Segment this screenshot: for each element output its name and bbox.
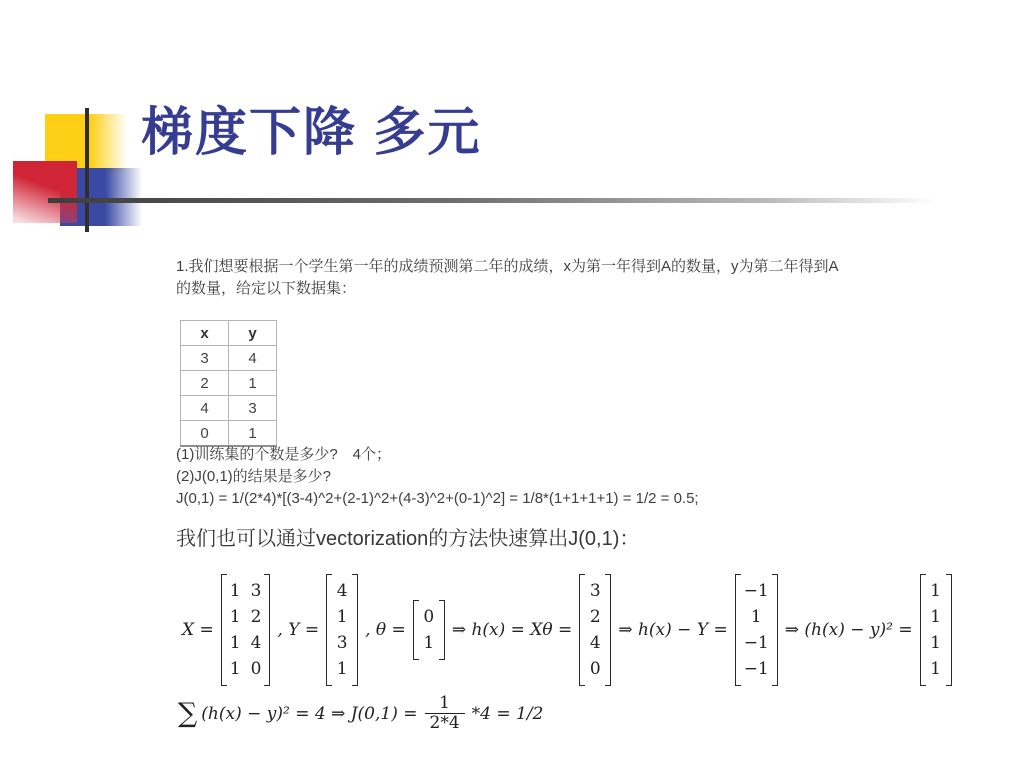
vector-cell: −1 xyxy=(744,630,769,656)
table-row: 2 1 xyxy=(181,371,277,396)
slide-title: 梯度下降 多元 xyxy=(141,90,481,165)
cell-y: 3 xyxy=(229,396,277,421)
label-hx-minus-Y-equals: ⇒ h(x) − Y = xyxy=(616,620,729,640)
matrix-cell: 4 xyxy=(251,630,262,656)
table-row: 4 3 xyxy=(181,396,277,421)
matrix-X: 13 12 14 10 xyxy=(221,574,271,686)
label-theta-equals: , θ = xyxy=(363,620,408,640)
matrix-cell: 3 xyxy=(251,578,262,604)
vector-cell: 1 xyxy=(744,604,769,630)
vector-cell: 1 xyxy=(929,578,943,604)
question-1: (1)训练集的个数是多少? 4个； xyxy=(176,444,876,466)
matrix-cell: 1 xyxy=(230,630,241,656)
matrix-equation-row: X = 13 12 14 10 , Y = 4 1 3 1 , θ = 0 1 … xyxy=(180,572,952,688)
fraction-numerator: 1 xyxy=(439,694,450,713)
corner-red-square xyxy=(13,161,77,223)
table-header-row: x y xyxy=(181,321,277,346)
title-divider-rule xyxy=(48,198,965,203)
cell-x: 4 xyxy=(181,396,229,421)
vector-cell: 3 xyxy=(588,578,602,604)
vector-cell: 0 xyxy=(588,656,602,682)
vector-cell: 1 xyxy=(335,656,349,682)
vector-cell: 1 xyxy=(929,630,943,656)
fraction-denominator: 2*4 xyxy=(425,713,465,733)
cell-x: 0 xyxy=(181,421,229,447)
label-squared-equals: ⇒ (h(x) − y)² = xyxy=(783,620,915,640)
matrix-cell: 2 xyxy=(251,604,262,630)
label-hx-equals: ⇒ h(x) = Xθ = xyxy=(450,620,575,640)
vector-cell: −1 xyxy=(744,578,769,604)
cell-y: 1 xyxy=(229,421,277,447)
dataset-table: x y 3 4 2 1 4 3 0 1 xyxy=(180,320,277,447)
vector-cell: 4 xyxy=(588,630,602,656)
matrix-cell: 1 xyxy=(230,656,241,682)
question-2: (2)J(0,1)的结果是多少? xyxy=(176,466,876,488)
vector-cell: 3 xyxy=(335,630,349,656)
label-X-equals: X = xyxy=(180,620,216,640)
vector-cell: 1 xyxy=(929,604,943,630)
vector-hx-minus-Y: −1 1 −1 −1 xyxy=(735,574,778,686)
cell-y: 1 xyxy=(229,371,277,396)
vector-cell: −1 xyxy=(744,656,769,682)
vector-cell: 1 xyxy=(929,656,943,682)
cell-x: 3 xyxy=(181,346,229,371)
vector-theta: 0 1 xyxy=(413,600,445,660)
matrix-cell: 1 xyxy=(230,578,241,604)
table-row: 0 1 xyxy=(181,421,277,447)
sum-prefix: (h(x) − y)² = 4 ⇒ J(0,1) = xyxy=(199,704,419,724)
vectorization-sentence: 我们也可以通过vectorization的方法快速算出J(0,1)： xyxy=(176,522,639,551)
vector-cell: 2 xyxy=(588,604,602,630)
matrix-cell: 0 xyxy=(251,656,262,682)
vector-Y: 4 1 3 1 xyxy=(326,574,358,686)
vector-cell: 0 xyxy=(422,604,436,630)
vector-cell: 1 xyxy=(422,630,436,656)
col-header-x: x xyxy=(181,321,229,346)
col-header-y: y xyxy=(229,321,277,346)
corner-vertical-line xyxy=(85,108,89,232)
vector-squared: 1 1 1 1 xyxy=(920,574,952,686)
fraction: 1 2*4 xyxy=(425,694,465,733)
sigma-symbol: ∑ xyxy=(178,698,197,729)
cell-y: 4 xyxy=(229,346,277,371)
table-row: 3 4 xyxy=(181,346,277,371)
sum-suffix: *4 = 1/2 xyxy=(470,704,546,724)
vector-hx: 3 2 4 0 xyxy=(579,574,611,686)
matrix-cell: 1 xyxy=(230,604,241,630)
vector-cell: 1 xyxy=(335,604,349,630)
label-Y-equals: , Y = xyxy=(275,620,321,640)
summation-line: ∑ (h(x) − y)² = 4 ⇒ J(0,1) = 1 2*4 *4 = … xyxy=(178,694,545,733)
intro-paragraph: 1.我们想要根据一个学生第一年的成绩预测第二年的成绩，x为第一年得到A的数量，y… xyxy=(176,256,852,300)
cell-x: 2 xyxy=(181,371,229,396)
vector-cell: 4 xyxy=(335,578,349,604)
questions-block: (1)训练集的个数是多少? 4个； (2)J(0,1)的结果是多少? J(0,1… xyxy=(176,444,876,510)
j-formula: J(0,1) = 1/(2*4)*[(3-4)^2+(2-1)^2+(4-3)^… xyxy=(176,488,876,510)
